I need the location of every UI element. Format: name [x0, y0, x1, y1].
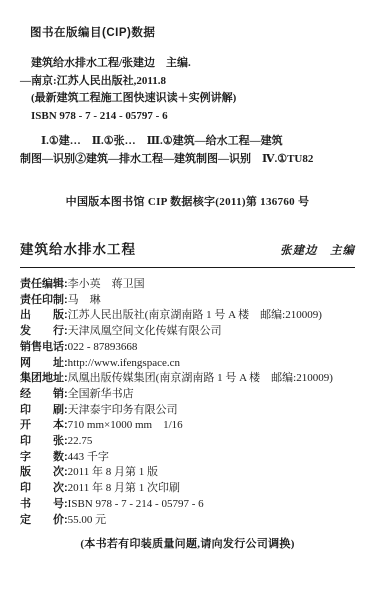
classification-line-1: Ⅰ.①建… Ⅱ.①张… Ⅲ.①建筑—给水工程—建筑 — [20, 133, 355, 151]
detail-row-sheets: 印 张:22.75 — [20, 434, 355, 450]
detail-label: 责任编辑: — [20, 277, 68, 293]
detail-row-publisher: 出 版:江苏人民出版社(南京湖南路 1 号 A 楼 邮编:210009) — [20, 308, 355, 324]
detail-value: 天津泰宇印务有限公司 — [68, 403, 178, 419]
detail-row-group-address: 集团地址:凤凰出版传媒集团(南京湖南路 1 号 A 楼 邮编:210009) — [20, 371, 355, 387]
book-editor: 张建边 主编 — [280, 242, 355, 258]
detail-value: 55.00 元 — [68, 513, 107, 529]
detail-label: 出 版: — [20, 308, 68, 324]
detail-value: 凤凰出版传媒集团(南京湖南路 1 号 A 楼 邮编:210009) — [68, 371, 333, 387]
detail-row-edition: 版 次:2011 年 8 月第 1 版 — [20, 465, 355, 481]
detail-value: 江苏人民出版社(南京湖南路 1 号 A 楼 邮编:210009) — [68, 308, 322, 324]
detail-row-print-supervisor: 责任印制:马 琳 — [20, 293, 355, 309]
detail-row-website: 网 址:http://www.ifengspace.cn — [20, 356, 355, 372]
detail-value: 2011 年 8 月第 1 次印刷 — [68, 481, 180, 497]
detail-value: 全国新华书店 — [68, 387, 134, 403]
cip-description-block: 建筑给水排水工程/张建边 主编. —南京:江苏人民出版社,2011.8 (最新建… — [20, 55, 355, 125]
cip-line-isbn: ISBN 978 - 7 - 214 - 05797 - 6 — [20, 108, 355, 126]
quality-exchange-note: (本书若有印装质量问题,请向发行公司调换) — [20, 535, 355, 551]
detail-value: 710 mm×1000 mm 1/16 — [68, 418, 183, 434]
detail-row-format: 开 本:710 mm×1000 mm 1/16 — [20, 418, 355, 434]
detail-value: 443 千字 — [68, 450, 109, 466]
detail-label: 定 价: — [20, 513, 68, 529]
detail-row-sales-phone: 销售电话:022 - 87893668 — [20, 340, 355, 356]
detail-row-distributor: 发 行:天津凤凰空间文化传媒有限公司 — [20, 324, 355, 340]
detail-label: 责任印制: — [20, 293, 68, 309]
detail-row-editor: 责任编辑:李小英 蒋卫国 — [20, 277, 355, 293]
detail-label: 印 刷: — [20, 403, 68, 419]
detail-value: 李小英 蒋卫国 — [68, 277, 145, 293]
book-title: 建筑给水排水工程 — [20, 238, 136, 258]
detail-label: 字 数: — [20, 450, 68, 466]
detail-row-printing: 印 次:2011 年 8 月第 1 次印刷 — [20, 481, 355, 497]
detail-label: 版 次: — [20, 465, 68, 481]
detail-label: 网 址: — [20, 356, 68, 372]
detail-value: 22.75 — [68, 434, 93, 450]
detail-value: ISBN 978 - 7 - 214 - 05797 - 6 — [68, 497, 204, 513]
detail-label: 发 行: — [20, 324, 68, 340]
cip-line-title: 建筑给水排水工程/张建边 主编. — [20, 55, 355, 73]
publication-details: 责任编辑:李小英 蒋卫国 责任印制:马 琳 出 版:江苏人民出版社(南京湖南路 … — [20, 277, 355, 528]
detail-row-printer: 印 刷:天津泰宇印务有限公司 — [20, 403, 355, 419]
title-row: 建筑给水排水工程 张建边 主编 — [20, 238, 355, 258]
detail-label: 集团地址: — [20, 371, 68, 387]
detail-value: 022 - 87893668 — [68, 340, 138, 356]
cip-header: 图书在版编目(CIP)数据 — [30, 24, 355, 40]
detail-label: 书 号: — [20, 497, 68, 513]
detail-value: 2011 年 8 月第 1 版 — [68, 465, 158, 481]
cip-classification-block: Ⅰ.①建… Ⅱ.①张… Ⅲ.①建筑—给水工程—建筑 制图—识别②建筑—排水工程—… — [20, 133, 355, 168]
detail-row-word-count: 字 数:443 千字 — [20, 450, 355, 466]
classification-line-2: 制图—识别②建筑—排水工程—建筑制图—识别 Ⅳ.①TU82 — [20, 151, 355, 169]
detail-value: 天津凤凰空间文化传媒有限公司 — [68, 324, 222, 340]
detail-label: 销售电话: — [20, 340, 68, 356]
detail-label: 经 销: — [20, 387, 68, 403]
cip-line-series: (最新建筑工程施工图快速识读＋实例讲解) — [20, 90, 355, 108]
detail-label: 印 张: — [20, 434, 68, 450]
detail-value: 马 琳 — [68, 293, 101, 309]
title-divider — [20, 267, 355, 268]
detail-row-price: 定 价:55.00 元 — [20, 513, 355, 529]
detail-label: 印 次: — [20, 481, 68, 497]
detail-row-isbn: 书 号:ISBN 978 - 7 - 214 - 05797 - 6 — [20, 497, 355, 513]
colophon-page: 图书在版编目(CIP)数据 建筑给水排水工程/张建边 主编. —南京:江苏人民出… — [0, 0, 375, 594]
detail-value: http://www.ifengspace.cn — [68, 356, 180, 372]
cip-record-number: 中国版本图书馆 CIP 数据核字(2011)第 136760 号 — [20, 193, 355, 209]
cip-line-publisher: —南京:江苏人民出版社,2011.8 — [20, 73, 355, 91]
detail-label: 开 本: — [20, 418, 68, 434]
detail-row-retailer: 经 销:全国新华书店 — [20, 387, 355, 403]
